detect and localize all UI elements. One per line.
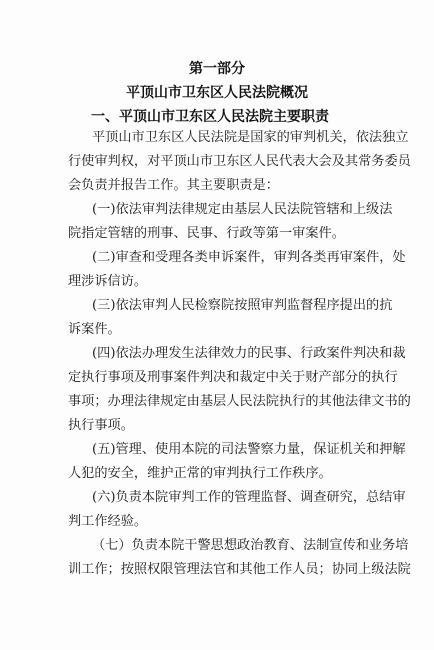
body-text-line: 训工作；按照权限管理法官和其他工作人员；协同上级法院 bbox=[68, 561, 372, 579]
document-page: 第一部分 平顶山市卫东区人民法院概况 一、平顶山市卫东区人民法院主要职责 平顶山… bbox=[0, 0, 434, 650]
part-title: 第一部分 bbox=[0, 58, 434, 78]
body-text-line: 判工作经验。 bbox=[68, 513, 372, 531]
body-text-line: 执行事项。 bbox=[68, 417, 372, 435]
body-text-line: 理涉诉信访。 bbox=[68, 273, 372, 291]
body-text-line: 定执行事项及刑事案件判决和裁定中关于财产部分的执行 bbox=[68, 369, 372, 387]
body-text-line: 诉案件。 bbox=[68, 321, 372, 339]
body-text-line: (三)依法审判人民检察院按照审判监督程序提出的抗 bbox=[92, 297, 372, 315]
body-text-line: 事项；办理法律规定由基层人民法院执行的其他法律文书的 bbox=[68, 393, 372, 411]
body-text-line: (六)负责本院审判工作的管理监督、调查研究，总结审 bbox=[92, 489, 372, 507]
body-text-line: 行使审判权，对平顶山市卫东区人民代表大会及其常务委员 bbox=[68, 153, 372, 171]
body-text-line: (五)管理、使用本院的司法警察力量，保证机关和押解 bbox=[92, 441, 372, 459]
body-text-line: 人犯的安全，维护正常的审判执行工作秩序。 bbox=[68, 465, 372, 483]
body-text-line: (二)审查和受理各类申诉案件，审判各类再审案件，处 bbox=[92, 249, 372, 267]
body-text-line: 会负责并报告工作。其主要职责是： bbox=[68, 177, 372, 195]
body-text-line: 平顶山市卫东区人民法院是国家的审判机关，依法独立 bbox=[92, 129, 372, 147]
body-text-line: （七）负责本院干警思想政治教育、法制宣传和业务培 bbox=[92, 537, 372, 555]
document-title: 平顶山市卫东区人民法院概况 bbox=[0, 82, 434, 102]
body-text-line: (四)依法办理发生法律效力的民事、行政案件判决和裁 bbox=[92, 345, 372, 363]
body-text-line: (一)依法审判法律规定由基层人民法院管辖和上级法 bbox=[92, 201, 372, 219]
section-heading: 一、平顶山市卫东区人民法院主要职责 bbox=[91, 106, 329, 126]
body-text-line: 院指定管辖的刑事、民事、行政等第一审案件。 bbox=[68, 225, 372, 243]
